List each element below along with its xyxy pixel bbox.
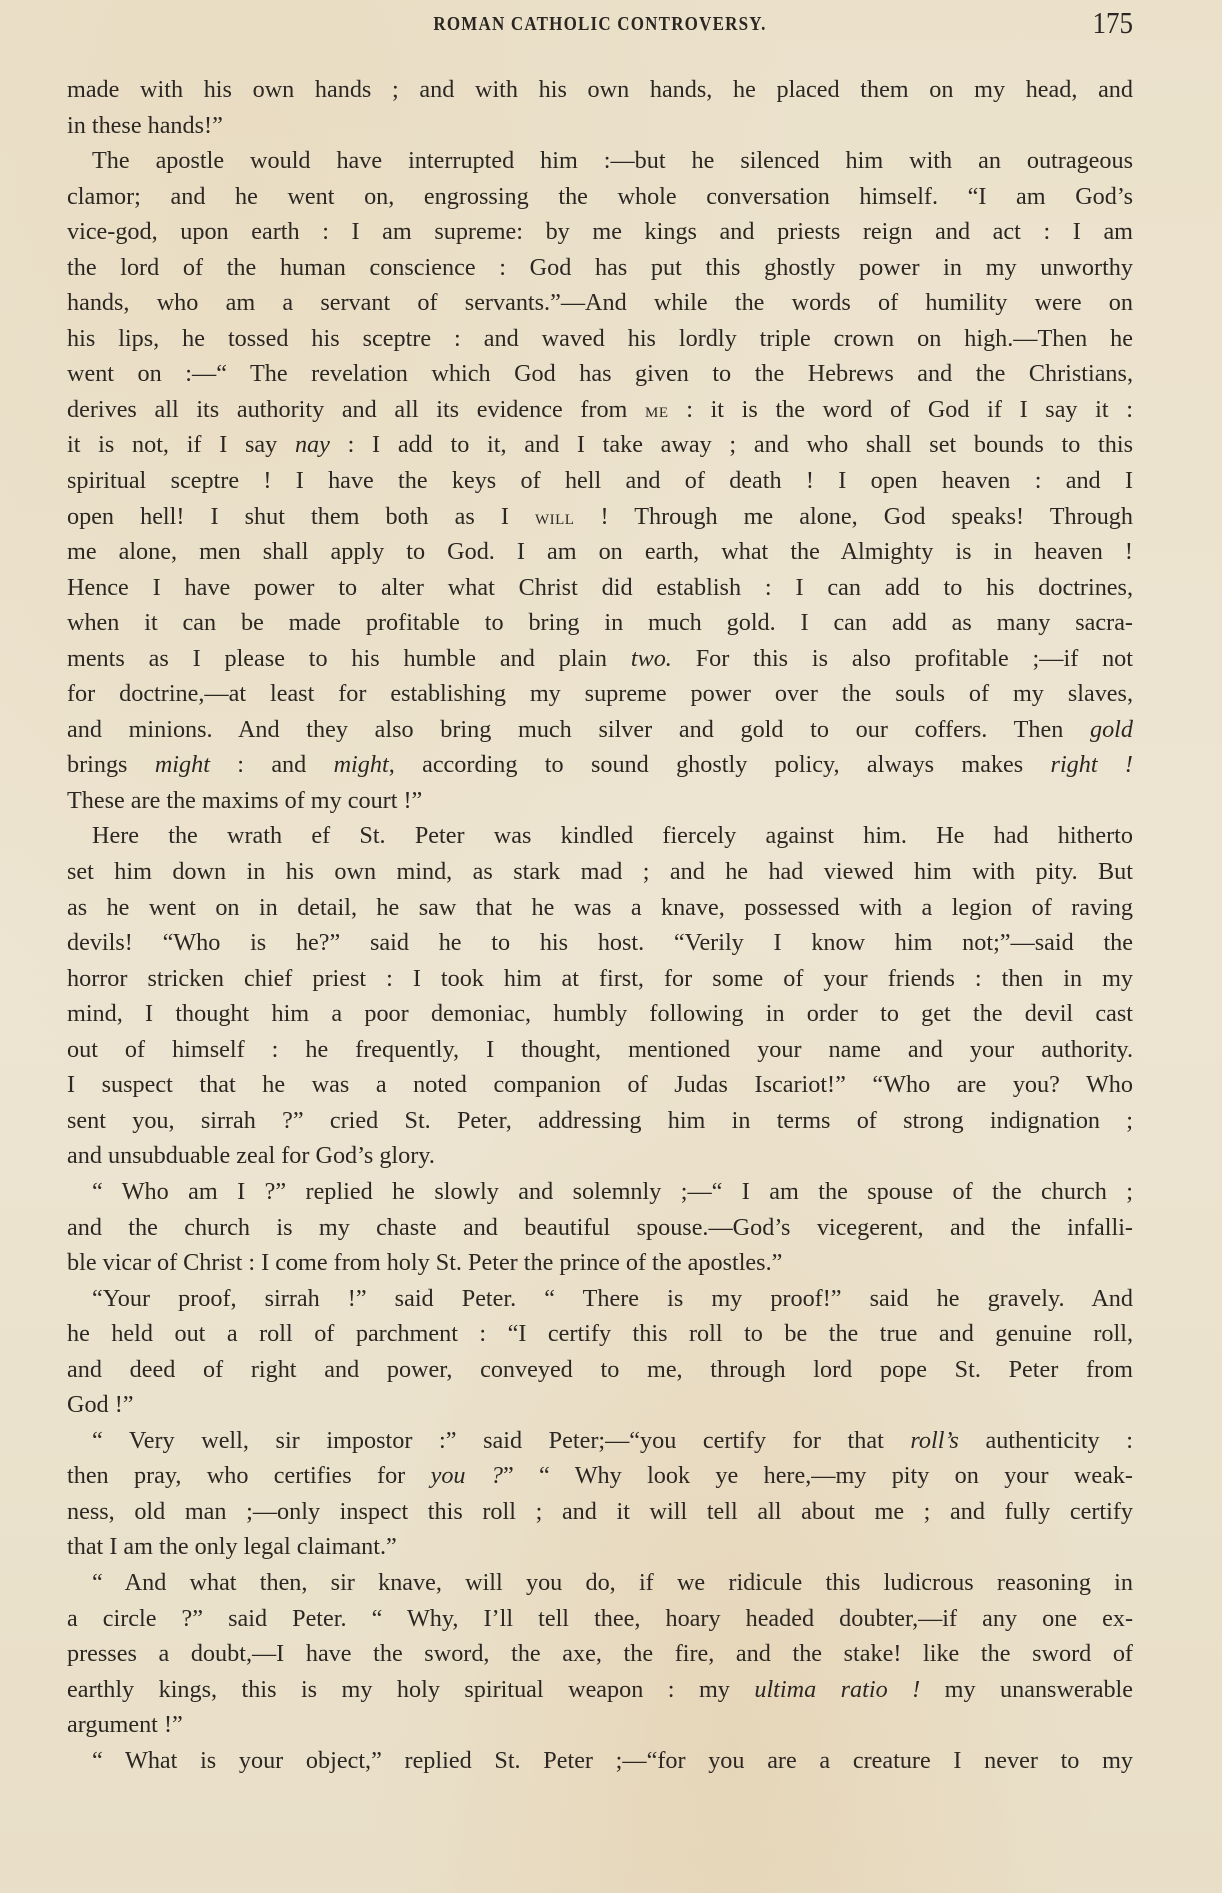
text-run: a circle ?” said Peter. “ Why, I’ll tell… [67,1605,1133,1632]
text-run: argument !” [67,1711,183,1738]
text-run: “ Who am I ?” replied he slowly and sole… [92,1178,1133,1205]
text-line: argument !” [67,1707,1133,1743]
text-line: These are the maxims of my court !” [67,783,1133,819]
paragraph: “ What is your object,” replied St. Pete… [67,1743,1133,1779]
text-run: earthly kings, this is my holy spiritual… [67,1676,754,1703]
paragraph: “Your proof, sirrah !” said Peter. “ The… [67,1281,1133,1423]
text-run: For this is also profitable ;—if not [672,645,1133,672]
text-line: open hell! I shut them both as I will ! … [67,499,1133,535]
paragraph: “ And what then, sir knave, will you do,… [67,1565,1133,1743]
text-run: it is not, if I say [67,431,295,458]
italic-text: roll’s [910,1427,958,1454]
text-line: made with his own hands ; and with his o… [67,72,1133,108]
text-run: horror stricken chief priest : I took hi… [67,965,1133,992]
text-run: ! Through me alone, God speaks! Through [574,503,1133,530]
text-line: he held out a roll of parchment : “I cer… [67,1316,1133,1352]
text-line: ments as I please to his humble and plai… [67,641,1133,677]
italic-text: ultima ratio ! [754,1676,920,1703]
text-run: vice-god, upon earth : I am supreme: by … [67,218,1133,245]
paragraph: Here the wrath ef St. Peter was kindled … [67,818,1133,1173]
text-line: Hence I have power to alter what Christ … [67,570,1133,606]
text-line: and unsubduable zeal for God’s glory. [67,1138,1133,1174]
text-run: ments as I please to his humble and plai… [67,645,631,672]
text-run: for doctrine,—at least for establishing … [67,680,1133,707]
italic-text: nay [295,431,330,458]
text-line: in these hands!” [67,108,1133,144]
text-run: me alone, men shall apply to God. I am o… [67,538,1133,565]
text-run: I suspect that he was a noted companion … [67,1071,1133,1098]
text-line: it is not, if I say nay : I add to it, a… [67,427,1133,463]
text-run: open hell! I shut them both as I [67,503,535,530]
italic-text: gold [1090,716,1133,743]
italic-text: might [155,751,210,778]
text-run: : it is the word of God if I say it : [669,396,1133,423]
text-run: brings [67,751,155,778]
text-line: “ Very well, sir impostor :” said Peter;… [67,1423,1133,1459]
text-run: and the church is my chaste and beautifu… [67,1214,1133,1241]
text-run: clamor; and he went on, engrossing the w… [67,183,1133,210]
text-run: made with his own hands ; and with his o… [67,76,1133,103]
paragraph: “ Who am I ?” replied he slowly and sole… [67,1174,1133,1281]
text-run: ness, old man ;—only inspect this roll ;… [67,1498,1133,1525]
text-line: I suspect that he was a noted companion … [67,1067,1133,1103]
text-line: “ What is your object,” replied St. Pete… [67,1743,1133,1779]
text-line: “Your proof, sirrah !” said Peter. “ The… [67,1281,1133,1317]
text-line: sent you, sirrah ?” cried St. Peter, add… [67,1103,1133,1139]
text-line: a circle ?” said Peter. “ Why, I’ll tell… [67,1601,1133,1637]
paragraph: made with his own hands ; and with his o… [67,72,1133,143]
text-line: Here the wrath ef St. Peter was kindled … [67,818,1133,854]
text-run: Hence I have power to alter what Christ … [67,574,1133,601]
text-run: authenticity : [959,1427,1133,1454]
text-run: that I am the only legal claimant.” [67,1533,397,1560]
small-caps-text: will [535,505,574,529]
text-line: out of himself : he frequently, I though… [67,1032,1133,1068]
text-run: hands, who am a servant of servants.”—An… [67,289,1133,316]
text-line: ble vicar of Christ : I come from holy S… [67,1245,1133,1281]
text-run: and unsubduable zeal for God’s glory. [67,1142,435,1169]
text-line: brings might : and might, according to s… [67,747,1133,783]
text-run: mind, I thought him a poor demoniac, hum… [67,1000,1133,1027]
text-run: sent you, sirrah ?” cried St. Peter, add… [67,1107,1133,1134]
text-run: “Your proof, sirrah !” said Peter. “ The… [92,1285,1133,1312]
text-run: as he went on in detail, he saw that he … [67,894,1133,921]
text-line: “ And what then, sir knave, will you do,… [67,1565,1133,1601]
text-line: horror stricken chief priest : I took hi… [67,961,1133,997]
text-line: presses a doubt,—I have the sword, the a… [67,1636,1133,1672]
text-line: “ Who am I ?” replied he slowly and sole… [67,1174,1133,1210]
text-line: when it can be made profitable to bring … [67,605,1133,641]
running-title: ROMAN CATHOLIC CONTROVERSY. [67,13,1133,36]
text-run: devils! “Who is he?” said he to his host… [67,929,1133,956]
text-line: his lips, he tossed his sceptre : and wa… [67,321,1133,357]
text-run: when it can be made profitable to bring … [67,609,1133,636]
text-run: “ What is your object,” replied St. Pete… [92,1747,1133,1774]
text-run: derives all its authority and all its ev… [67,396,645,423]
text-run: : and [210,751,334,778]
text-run: God !” [67,1391,134,1418]
text-line: and deed of right and power, conveyed to… [67,1352,1133,1388]
text-line: clamor; and he went on, engrossing the w… [67,179,1133,215]
italic-text: you ? [431,1462,503,1489]
text-line: God !” [67,1387,1133,1423]
text-run: : I add to it, and I take away ; and who… [330,431,1133,458]
text-run: out of himself : he frequently, I though… [67,1036,1133,1063]
italic-text: might [334,751,389,778]
text-line: devils! “Who is he?” said he to his host… [67,925,1133,961]
text-run: , according to sound ghostly policy, alw… [389,751,1051,778]
paragraph: “ Very well, sir impostor :” said Peter;… [67,1423,1133,1565]
text-line: went on :—“ The revelation which God has… [67,356,1133,392]
text-line: set him down in his own mind, as stark m… [67,854,1133,890]
book-page: ROMAN CATHOLIC CONTROVERSY. 175 made wit… [0,0,1222,1893]
text-run: presses a doubt,—I have the sword, the a… [67,1640,1133,1667]
text-line: then pray, who certifies for you ?” “ Wh… [67,1458,1133,1494]
text-line: hands, who am a servant of servants.”—An… [67,285,1133,321]
text-run: and minions. And they also bring much si… [67,716,1090,743]
text-run: ble vicar of Christ : I come from holy S… [67,1249,782,1276]
text-run: These are the maxims of my court !” [67,787,422,814]
text-line: the lord of the human conscience : God h… [67,250,1133,286]
text-run: the lord of the human conscience : God h… [67,254,1133,281]
text-line: me alone, men shall apply to God. I am o… [67,534,1133,570]
text-line: earthly kings, this is my holy spiritual… [67,1672,1133,1708]
page-number: 175 [1093,6,1134,41]
text-run: and deed of right and power, conveyed to… [67,1356,1133,1383]
italic-text: right ! [1051,751,1133,778]
text-line: vice-god, upon earth : I am supreme: by … [67,214,1133,250]
text-line: and the church is my chaste and beautifu… [67,1210,1133,1246]
text-run: my unanswerable [920,1676,1133,1703]
text-run: he held out a roll of parchment : “I cer… [67,1320,1133,1347]
text-run: then pray, who certifies for [67,1462,431,1489]
text-run: set him down in his own mind, as stark m… [67,858,1133,885]
small-caps-text: me [645,398,669,422]
text-run: “ Very well, sir impostor :” said Peter;… [92,1427,910,1454]
text-run: his lips, he tossed his sceptre : and wa… [67,325,1133,352]
text-line: and minions. And they also bring much si… [67,712,1133,748]
text-run: spiritual sceptre ! I have the keys of h… [67,467,1133,494]
text-run: in these hands!” [67,112,223,139]
text-line: for doctrine,—at least for establishing … [67,676,1133,712]
text-line: as he went on in detail, he saw that he … [67,890,1133,926]
text-line: The apostle would have interrupted him :… [67,143,1133,179]
text-line: spiritual sceptre ! I have the keys of h… [67,463,1133,499]
text-line: derives all its authority and all its ev… [67,392,1133,428]
running-header: ROMAN CATHOLIC CONTROVERSY. 175 [67,8,1133,40]
text-line: ness, old man ;—only inspect this roll ;… [67,1494,1133,1530]
italic-text: two. [631,645,672,672]
text-line: mind, I thought him a poor demoniac, hum… [67,996,1133,1032]
text-line: that I am the only legal claimant.” [67,1529,1133,1565]
text-run: went on :—“ The revelation which God has… [67,360,1133,387]
paragraph: The apostle would have interrupted him :… [67,143,1133,818]
text-run: “ And what then, sir knave, will you do,… [92,1569,1133,1596]
text-run: The apostle would have interrupted him :… [92,147,1133,174]
text-run: ” “ Why look ye here,—my pity on your we… [503,1462,1133,1489]
body-text: made with his own hands ; and with his o… [67,72,1133,1778]
text-run: Here the wrath ef St. Peter was kindled … [92,822,1133,849]
